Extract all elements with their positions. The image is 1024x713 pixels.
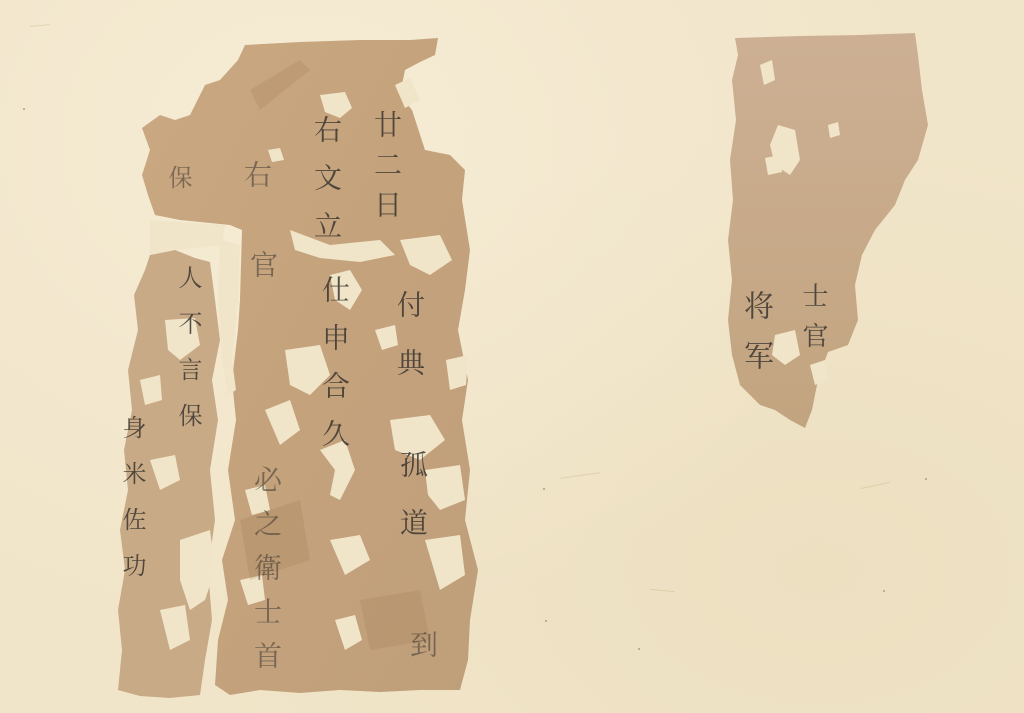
manuscript-text-column: 将军	[740, 290, 770, 390]
right-fragment-shape	[0, 0, 1024, 713]
right-manuscript-fragment: 士官 将军	[0, 0, 1024, 713]
manuscript-text-column: 士官	[800, 282, 826, 362]
